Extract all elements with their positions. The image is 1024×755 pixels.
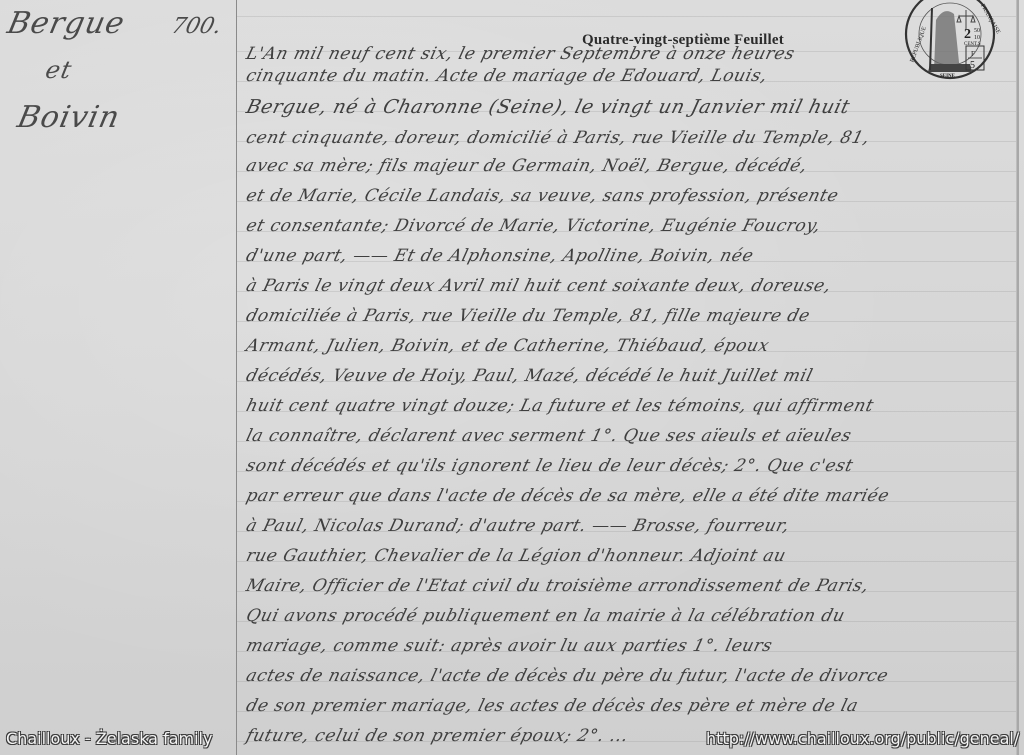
text-line: Armant, Julien, Boivin, et de Catherine,… <box>244 336 771 356</box>
text-line: mariage, comme suit: après avoir lu aux … <box>244 636 775 656</box>
text-line: la connaître, déclarent avec serment 1°.… <box>244 426 854 446</box>
margin-name-bride: Boivin <box>14 100 123 135</box>
svg-text:50: 50 <box>974 28 980 34</box>
text-line: et consentante; Divorcé de Marie, Victor… <box>244 216 823 236</box>
register-page: Bergue et Boivin 700. Quatre-vingt-septi… <box>0 0 1024 755</box>
margin-rule-line <box>236 0 237 755</box>
svg-text:SEINE: SEINE <box>940 74 956 79</box>
text-line: et de Marie, Cécile Landais, sa veuve, s… <box>244 186 841 206</box>
text-line: Maire, Officier de l'Etat civil du trois… <box>244 576 871 596</box>
svg-text:5: 5 <box>970 60 975 71</box>
svg-text:F: F <box>971 50 975 58</box>
text-line: de son premier mariage, les actes de déc… <box>244 696 860 716</box>
svg-text:2: 2 <box>964 27 971 42</box>
margin-name-groom: Bergue <box>4 6 128 41</box>
text-line: huit cent quatre vingt douze; La future … <box>244 396 876 416</box>
revenue-stamp: 2 50 10 CENT.S F 5 SEINE REPUBLIQUE FRAN… <box>904 0 1016 84</box>
text-line: rue Gauthier, Chevalier de la Légion d'h… <box>244 546 788 566</box>
text-line: domiciliée à Paris, rue Vieille du Templ… <box>244 306 812 326</box>
republique-seal-icon: 2 50 10 CENT.S F 5 SEINE REPUBLIQUE FRAN… <box>904 0 1016 84</box>
text-line: par erreur que dans l'acte de décès de s… <box>244 486 891 506</box>
text-line: future, celui de son premier époux; 2°. … <box>244 726 631 746</box>
family-watermark: Chailloux - Żelaska family <box>6 729 212 748</box>
text-line: à Paris le vingt deux Avril mil huit cen… <box>244 276 833 296</box>
text-line: Qui avons procédé publiquement en la mai… <box>244 606 847 626</box>
right-border-line <box>1016 0 1019 755</box>
text-line: d'une part, —— Et de Alphonsine, Apollin… <box>244 246 756 266</box>
text-line: cent cinquante, doreur, domicilié à Pari… <box>244 128 872 148</box>
svg-text:FRANÇAISE: FRANÇAISE <box>979 3 1001 35</box>
text-line: à Paul, Nicolas Durand; d'autre part. ——… <box>244 516 792 536</box>
text-line: avec sa mère; fils majeur de Germain, No… <box>244 156 809 176</box>
text-line: actes de naissance, l'acte de décès du p… <box>244 666 890 686</box>
text-line: Bergue, né à Charonne (Seine), le vingt … <box>244 96 852 118</box>
url-watermark: http://www.chailloux.org/public/geneal/ <box>706 729 1019 748</box>
svg-text:REPUBLIQUE: REPUBLIQUE <box>909 26 928 63</box>
text-line: cinquante du matin. Acte de mariage de E… <box>244 66 770 86</box>
text-line: sont décédés et qu'ils ignorent le lieu … <box>244 456 855 476</box>
text-line: L'An mil neuf cent six, le premier Septe… <box>244 44 797 64</box>
text-line: décédés, Veuve de Hoiy, Paul, Mazé, décé… <box>244 366 815 386</box>
margin-name-conjunction: et <box>43 56 75 84</box>
svg-text:10: 10 <box>974 35 980 41</box>
act-number: 700. <box>169 14 224 39</box>
